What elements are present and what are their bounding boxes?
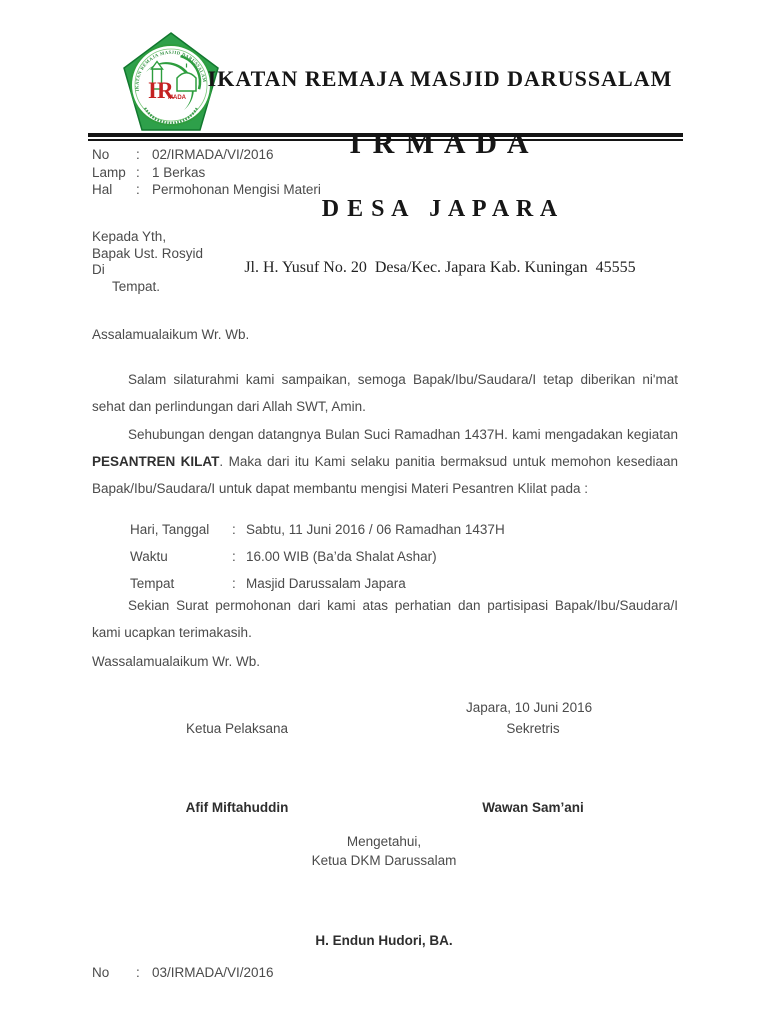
ref-row-hal: Hal : Permohonan Mengisi Materi (92, 181, 678, 199)
ack-line: Ketua DKM Darussalam (0, 852, 768, 871)
recipient-block: Kepada Yth, Bapak Ust. Rosyid Di Tempat. (92, 229, 678, 295)
detail-value: 16.00 WIB (Ba’da Shalat Ashar) (246, 543, 437, 570)
ref-row-lamp: Lamp : 1 Berkas (92, 164, 678, 182)
recipient-line: Di (92, 262, 678, 279)
footer-reference: No : 03/IRMADA/VI/2016 (92, 964, 678, 982)
recipient-line: Tempat. (112, 279, 678, 296)
detail-label: Waktu (130, 543, 232, 570)
ref-row-no: No : 02/IRMADA/VI/2016 (92, 146, 678, 164)
ref-label: Lamp (92, 164, 136, 182)
footer-ref-value: 03/IRMADA/VI/2016 (152, 964, 274, 982)
letter-document: IKATAN REMAJA MASJID DARUSSALAM IR MADA … (0, 0, 768, 1024)
event-details: Hari, Tanggal : Sabtu, 11 Juni 2016 / 06… (92, 516, 678, 597)
ref-label: No (92, 146, 136, 164)
detail-colon: : (232, 543, 246, 570)
paragraph-2-text: Sehubungan dengan datangnya Bulan Suci R… (128, 427, 678, 442)
logo-mada-text: MADA (168, 95, 187, 101)
org-village: D E S A J A P A R A (200, 196, 680, 222)
salutation: Assalamualaikum Wr. Wb. (92, 327, 678, 342)
ref-value: 1 Berkas (152, 164, 205, 182)
paragraph-3: Sekian Surat permohonan dari kami atas p… (92, 592, 678, 646)
detail-colon: : (232, 516, 246, 543)
role-ketua-pelaksana: Ketua Pelaksana (92, 721, 382, 736)
role-sekretris: Sekretris (400, 721, 666, 736)
closing-salutation: Wassalamualaikum Wr. Wb. (92, 654, 678, 669)
footer-ref-row: No : 03/IRMADA/VI/2016 (92, 964, 678, 982)
ack-signer-name: H. Endun Hudori, BA. (0, 933, 768, 948)
letterhead-rule-thin (88, 139, 683, 141)
footer-ref-label: No (92, 964, 136, 982)
org-name: IKATAN REMAJA MASJID DARUSSALAM (200, 66, 680, 91)
recipient-line: Bapak Ust. Rosyid (92, 246, 678, 263)
signer-name-right: Wawan Sam’ani (400, 800, 666, 815)
detail-row-day-date: Hari, Tanggal : Sabtu, 11 Juni 2016 / 06… (130, 516, 678, 543)
recipient-line: Kepada Yth, (92, 229, 678, 246)
paragraph-2: Sehubungan dengan datangnya Bulan Suci R… (92, 421, 678, 502)
ref-colon: : (136, 146, 152, 164)
ack-line: Mengetahui, (0, 833, 768, 852)
ref-value: 02/IRMADA/VI/2016 (152, 146, 274, 164)
ref-value: Permohonan Mengisi Materi (152, 181, 321, 199)
reference-block: No : 02/IRMADA/VI/2016 Lamp : 1 Berkas H… (92, 146, 678, 199)
date-place: Japara, 10 Juni 2016 (466, 700, 592, 715)
detail-label: Hari, Tanggal (130, 516, 232, 543)
letterhead-rule-thick (88, 133, 683, 137)
letterhead: IKATAN REMAJA MASJID DARUSSALAM IR MADA … (88, 28, 683, 132)
paragraph-1: Salam silaturahmi kami sampaikan, semoga… (92, 366, 678, 420)
detail-value: Sabtu, 11 Juni 2016 / 06 Ramadhan 1437H (246, 516, 505, 543)
signer-name-left: Afif Miftahuddin (92, 800, 382, 815)
ref-label: Hal (92, 181, 136, 199)
footer-ref-colon: : (136, 964, 152, 982)
ref-colon: : (136, 164, 152, 182)
ref-colon: : (136, 181, 152, 199)
acknowledgement-block: Mengetahui, Ketua DKM Darussalam (0, 833, 768, 870)
event-name-bold: PESANTREN KILAT (92, 454, 219, 469)
detail-row-time: Waktu : 16.00 WIB (Ba’da Shalat Ashar) (130, 543, 678, 570)
